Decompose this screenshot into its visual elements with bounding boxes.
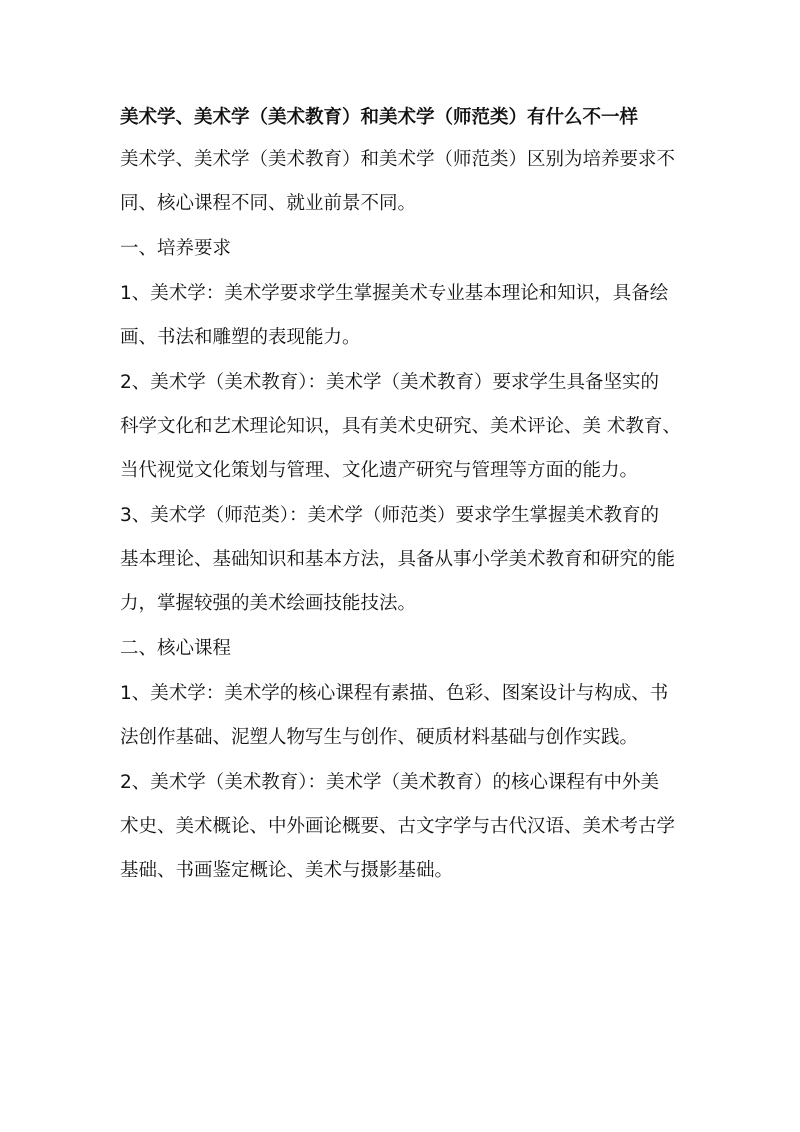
section-heading-core-courses: 二、核心课程 [120, 627, 700, 671]
intro-paragraph: 美术学、美术学（美术教育）和美术学（师范类）区别为培养要求不 同、核心课程不同、… [120, 138, 700, 226]
intro-line-1: 美术学、美术学（美术教育）和美术学（师范类）区别为培养要求不 [120, 138, 700, 182]
paragraph-line: 基本理论、基础知识和基本方法，具备从事小学美术教育和研究的能 [120, 538, 700, 582]
paragraph-line: 基础、书画鉴定概论、美术与摄影基础。 [120, 849, 700, 893]
paragraph-line: 1、美术学：美术学的核心课程有素描、色彩、图案设计与构成、书 [120, 672, 700, 716]
course-item-1: 1、美术学：美术学的核心课程有素描、色彩、图案设计与构成、书 法创作基础、泥塑人… [120, 672, 700, 760]
paragraph-line: 法创作基础、泥塑人物写生与创作、硬质材料基础与创作实践。 [120, 716, 700, 760]
document-content: 美术学、美术学（美术教育）和美术学（师范类）有什么不一样 美术学、美术学（美术教… [120, 104, 700, 893]
document-title: 美术学、美术学（美术教育）和美术学（师范类）有什么不一样 [120, 104, 700, 132]
paragraph-line: 2、美术学（美术教育）：美术学（美术教育）要求学生具备坚实的 [120, 361, 700, 405]
paragraph-line: 1、美术学：美术学要求学生掌握美术专业基本理论和知识，具备绘 [120, 272, 700, 316]
course-item-2: 2、美术学（美术教育）：美术学（美术教育）的核心课程有中外美 术史、美术概论、中… [120, 761, 700, 893]
document-page: 美术学、美术学（美术教育）和美术学（师范类）有什么不一样 美术学、美术学（美术教… [0, 0, 800, 1132]
training-item-3: 3、美术学（师范类）：美术学（师范类）要求学生掌握美术教育的 基本理论、基础知识… [120, 494, 700, 626]
paragraph-line: 科学文化和艺术理论知识，具有美术史研究、美术评论、美 术教育、 [120, 405, 700, 449]
paragraph-line: 术史、美术概论、中外画论概要、古文字学与古代汉语、美术考古学 [120, 805, 700, 849]
paragraph-line: 力，掌握较强的美术绘画技能技法。 [120, 582, 700, 626]
paragraph-line: 当代视觉文化策划与管理、文化遗产研究与管理等方面的能力。 [120, 449, 700, 493]
intro-line-2: 同、核心课程不同、就业前景不同。 [120, 182, 700, 226]
training-item-1: 1、美术学：美术学要求学生掌握美术专业基本理论和知识，具备绘 画、书法和雕塑的表… [120, 272, 700, 360]
paragraph-line: 3、美术学（师范类）：美术学（师范类）要求学生掌握美术教育的 [120, 494, 700, 538]
section-heading-training-requirements: 一、培养要求 [120, 227, 700, 271]
paragraph-line: 2、美术学（美术教育）：美术学（美术教育）的核心课程有中外美 [120, 761, 700, 805]
training-item-2: 2、美术学（美术教育）：美术学（美术教育）要求学生具备坚实的 科学文化和艺术理论… [120, 361, 700, 493]
paragraph-line: 画、书法和雕塑的表现能力。 [120, 316, 700, 360]
